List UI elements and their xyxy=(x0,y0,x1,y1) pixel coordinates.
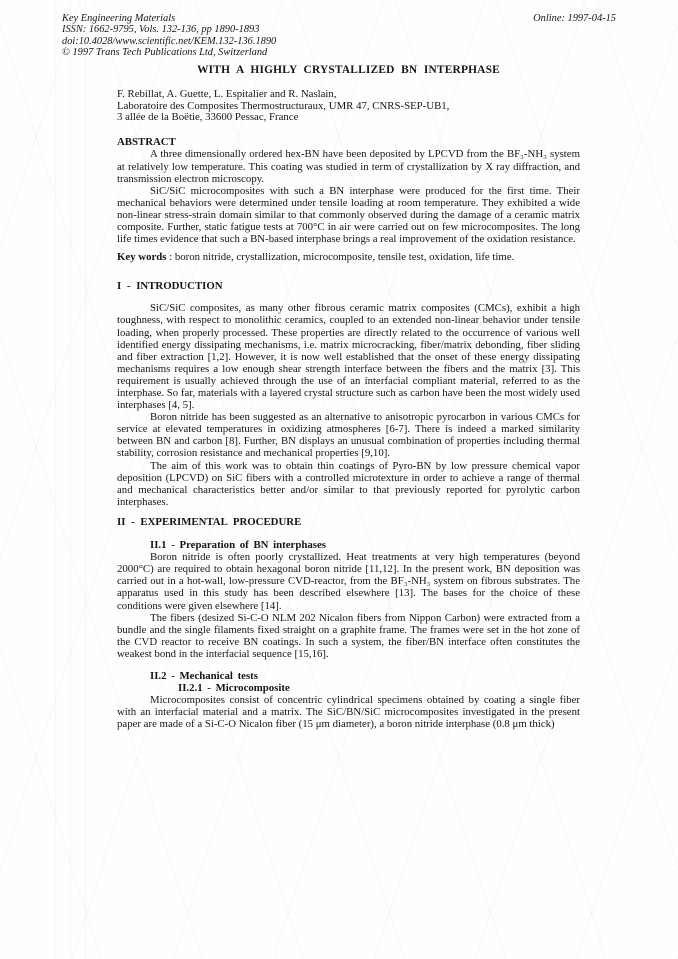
intro-paragraph: SiC/SiC composites, as many other fibrou… xyxy=(117,302,580,411)
subsection-heading-mechanical-tests: II.2 - Mechanical tests xyxy=(150,670,580,682)
section-heading-introduction: I - INTRODUCTION xyxy=(117,280,580,292)
keywords-label: Key words xyxy=(117,251,166,263)
abstract-paragraph: A three dimensionally ordered hex-BN hav… xyxy=(117,148,580,184)
preparation-paragraph: The fibers (desized Si-C-O NLM 202 Nical… xyxy=(117,612,580,660)
affiliation-line-2: 3 allée de la Boëtie, 33600 Pessac, Fran… xyxy=(117,112,580,123)
article-body: WITH A HIGHLY CRYSTALLIZED BN INTERPHASE… xyxy=(117,64,580,730)
article-title: WITH A HIGHLY CRYSTALLIZED BN INTERPHASE xyxy=(117,64,580,76)
preparation-paragraph: Boron nitride is often poorly crystalliz… xyxy=(117,551,580,611)
journal-title: Key Engineering Materials xyxy=(62,13,276,24)
journal-header: Key Engineering Materials ISSN: 1662-979… xyxy=(62,13,616,58)
journal-issn-line: ISSN: 1662-9795, Vols. 132-136, pp 1890-… xyxy=(62,24,276,35)
section-heading-experimental: II - EXPERIMENTAL PROCEDURE xyxy=(117,516,580,528)
journal-doi-line: doi:10.4028/www.scientific.net/KEM.132-1… xyxy=(62,36,276,47)
journal-info-block: Key Engineering Materials ISSN: 1662-979… xyxy=(62,13,276,58)
paper-page: Key Engineering Materials ISSN: 1662-979… xyxy=(0,0,678,959)
keywords-text: : boron nitride, crystallization, microc… xyxy=(166,251,514,263)
abstract-paragraph: SiC/SiC microcomposites with such a BN i… xyxy=(117,185,580,245)
subsection-heading-preparation: II.1 - Preparation of BN interphases xyxy=(150,539,580,551)
mechanical-tests-block: II.2 - Mechanical tests II.2.1 - Microco… xyxy=(117,670,580,730)
author-names: F. Rebillat, A. Guette, L. Espitalier an… xyxy=(117,89,580,100)
abstract-heading: ABSTRACT xyxy=(117,136,580,148)
intro-paragraph: Boron nitride has been suggested as an a… xyxy=(117,411,580,459)
subsubsection-heading-microcomposite: II.2.1 - Microcomposite xyxy=(178,682,580,694)
microcomposite-paragraph: Microcomposites consist of concentric cy… xyxy=(117,694,580,730)
author-block: F. Rebillat, A. Guette, L. Espitalier an… xyxy=(117,89,580,123)
journal-copyright-line: © 1997 Trans Tech Publications Ltd, Swit… xyxy=(62,47,276,58)
watermark-left-lines xyxy=(55,0,100,959)
keywords-line: Key words : boron nitride, crystallizati… xyxy=(117,251,580,263)
intro-paragraph: The aim of this work was to obtain thin … xyxy=(117,460,580,508)
online-date: Online: 1997-04-15 xyxy=(533,13,616,58)
